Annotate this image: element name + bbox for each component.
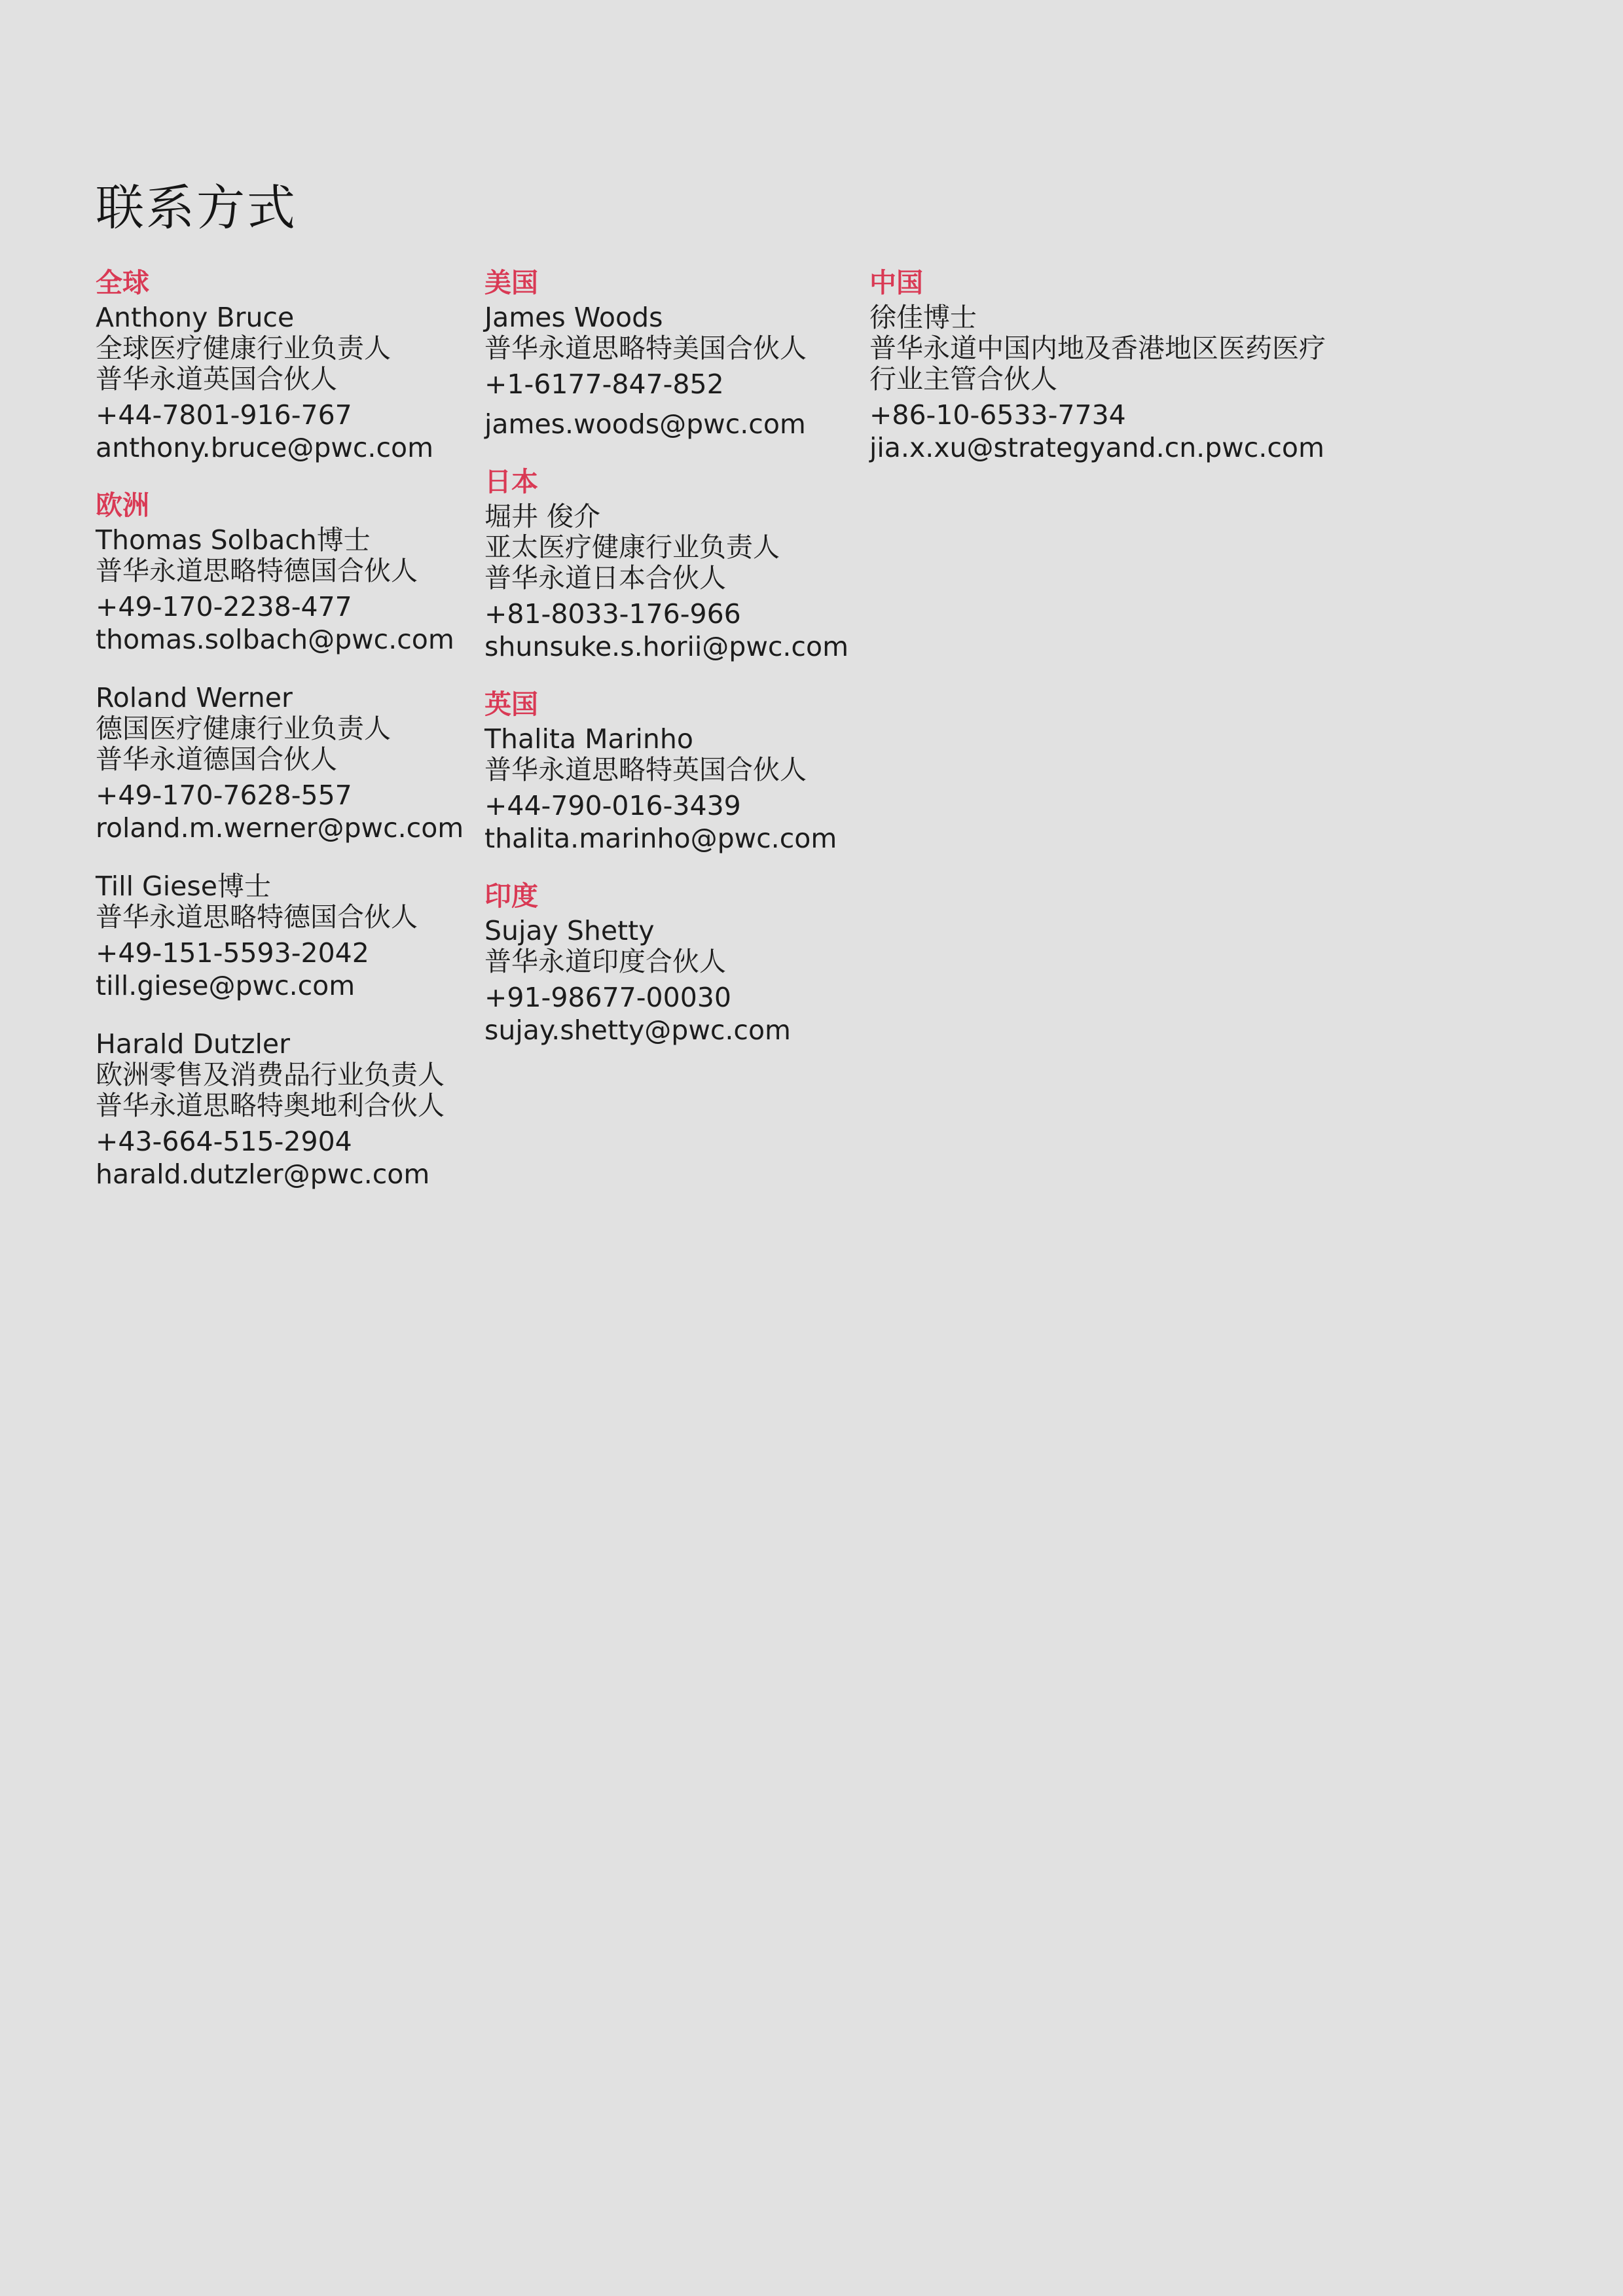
page-title: 联系方式 — [96, 182, 297, 234]
contact-name: 徐佳博士 — [869, 302, 1531, 333]
contact-email: thalita.marinho@pwc.com — [484, 823, 864, 854]
contact-phone: +49-170-7628-557 — [96, 780, 475, 811]
contact-phone: +49-170-2238-477 — [96, 592, 475, 622]
contact-role: 普华永道中国内地及香港地区医药医疗 — [869, 333, 1531, 364]
region-header-europe: 欧洲 — [96, 491, 475, 520]
contact-org: 普华永道英国合伙人 — [96, 364, 475, 395]
contact-name: Thomas Solbach博士 — [96, 525, 475, 556]
region-header-uk: 英国 — [484, 690, 864, 719]
region-header-japan: 日本 — [484, 467, 864, 496]
contact-email: sujay.shetty@pwc.com — [484, 1015, 864, 1046]
contact-phone: +1-6177-847-852 — [484, 369, 864, 400]
contact-phone: +86-10-6533-7734 — [869, 400, 1531, 431]
contact-card-thomas-solbach: 欧洲 Thomas Solbach博士 普华永道思略特德国合伙人 +49-170… — [96, 491, 475, 655]
contact-phone: +91-98677-00030 — [484, 982, 864, 1013]
contact-page: 联系方式 全球 Anthony Bruce 全球医疗健康行业负责人 普华永道英国… — [0, 0, 1623, 2296]
contact-phone: +49-151-5593-2042 — [96, 938, 475, 969]
contact-name: Harald Dutzler — [96, 1029, 475, 1060]
contact-name: Sujay Shetty — [484, 916, 864, 946]
contact-email: anthony.bruce@pwc.com — [96, 433, 475, 463]
contact-org: 普华永道德国合伙人 — [96, 744, 475, 775]
contact-email: roland.m.werner@pwc.com — [96, 813, 475, 844]
contacts-column-china: 中国 徐佳博士 普华永道中国内地及香港地区医药医疗 行业主管合伙人 +86-10… — [869, 268, 1531, 491]
contact-card-jia-xu: 中国 徐佳博士 普华永道中国内地及香港地区医药医疗 行业主管合伙人 +86-10… — [869, 268, 1531, 463]
contact-name: Till Giese博士 — [96, 871, 475, 902]
contact-card-james-woods: 美国 James Woods 普华永道思略特美国合伙人 +1-6177-847-… — [484, 268, 864, 440]
contact-email: thomas.solbach@pwc.com — [96, 624, 475, 655]
contact-card-shunsuke-horii: 日本 堀井 俊介 亚太医疗健康行业负责人 普华永道日本合伙人 +81-8033-… — [484, 467, 864, 662]
contact-card-sujay-shetty: 印度 Sujay Shetty 普华永道印度合伙人 +91-98677-0003… — [484, 882, 864, 1046]
contact-card-till-giese: Till Giese博士 普华永道思略特德国合伙人 +49-151-5593-2… — [96, 871, 475, 1001]
contact-role: 全球医疗健康行业负责人 — [96, 333, 475, 364]
contact-card-thalita-marinho: 英国 Thalita Marinho 普华永道思略特英国合伙人 +44-790-… — [484, 690, 864, 854]
contact-email: harald.dutzler@pwc.com — [96, 1159, 475, 1190]
contact-card-roland-werner: Roland Werner 德国医疗健康行业负责人 普华永道德国合伙人 +49-… — [96, 683, 475, 844]
contact-org: 普华永道思略特德国合伙人 — [96, 556, 475, 586]
contact-name: James Woods — [484, 302, 864, 333]
contact-role: 亚太医疗健康行业负责人 — [484, 532, 864, 563]
contact-role: 欧洲零售及消费品行业负责人 — [96, 1060, 475, 1090]
contact-card-anthony-bruce: 全球 Anthony Bruce 全球医疗健康行业负责人 普华永道英国合伙人 +… — [96, 268, 475, 463]
contact-phone: +44-790-016-3439 — [484, 791, 864, 821]
contact-org: 普华永道印度合伙人 — [484, 946, 864, 977]
contact-org: 普华永道思略特美国合伙人 — [484, 333, 864, 364]
contact-org: 普华永道思略特英国合伙人 — [484, 755, 864, 785]
contacts-column-us-japan-uk-india: 美国 James Woods 普华永道思略特美国合伙人 +1-6177-847-… — [484, 268, 864, 1073]
region-header-global: 全球 — [96, 268, 475, 297]
contact-email: till.giese@pwc.com — [96, 971, 475, 1001]
contact-phone: +44-7801-916-767 — [96, 400, 475, 431]
contact-role: 行业主管合伙人 — [869, 364, 1531, 395]
contact-phone: +43-664-515-2904 — [96, 1126, 475, 1157]
contact-name: 堀井 俊介 — [484, 501, 864, 532]
contact-email: james.woods@pwc.com — [484, 409, 864, 440]
contact-org: 普华永道思略特德国合伙人 — [96, 902, 475, 933]
contact-role: 德国医疗健康行业负责人 — [96, 713, 475, 744]
contacts-column-global-europe: 全球 Anthony Bruce 全球医疗健康行业负责人 普华永道英国合伙人 +… — [96, 268, 475, 1217]
contact-email: jia.x.xu@strategyand.cn.pwc.com — [869, 433, 1531, 463]
contact-email: shunsuke.s.horii@pwc.com — [484, 632, 864, 662]
contact-org: 普华永道思略特奥地利合伙人 — [96, 1090, 475, 1121]
contact-name: Roland Werner — [96, 683, 475, 713]
region-header-india: 印度 — [484, 882, 864, 910]
region-header-china: 中国 — [869, 268, 1531, 297]
region-header-us: 美国 — [484, 268, 864, 297]
contact-card-harald-dutzler: Harald Dutzler 欧洲零售及消费品行业负责人 普华永道思略特奥地利合… — [96, 1029, 475, 1190]
contact-name: Anthony Bruce — [96, 302, 475, 333]
contact-phone: +81-8033-176-966 — [484, 599, 864, 630]
contact-org: 普华永道日本合伙人 — [484, 563, 864, 594]
contact-name: Thalita Marinho — [484, 724, 864, 755]
